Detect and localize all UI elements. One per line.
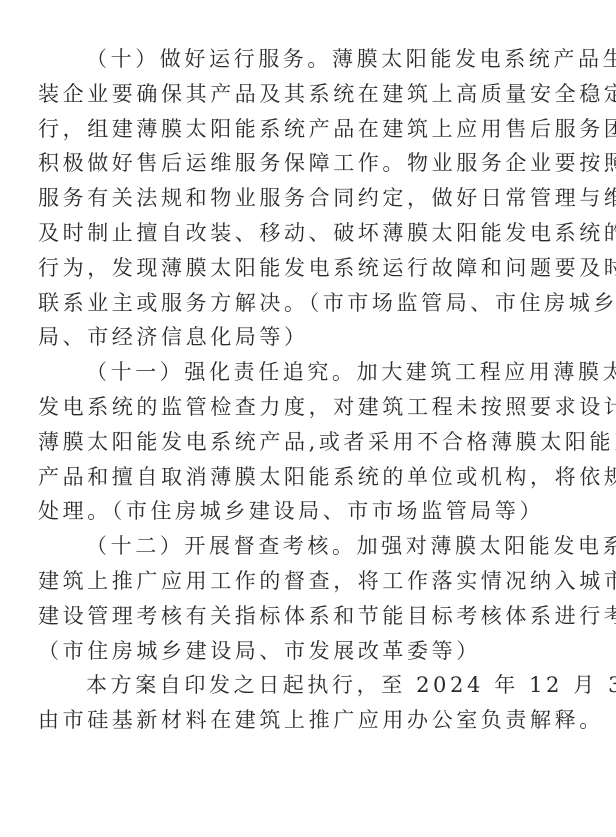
document-page: （十）做好运行服务。薄膜太阳能发电系统产品生产安 装企业要确保其产品及其系统在建… <box>38 42 590 738</box>
text-line: 行，组建薄膜太阳能系统产品在建筑上应用售后服务团队， <box>38 112 590 147</box>
text-line: 积极做好售后运维服务保障工作。物业服务企业要按照物业 <box>38 146 590 181</box>
paragraph-closing: 本方案自印发之日起执行，至 2024 年 12 月 31 日终止， 由市硅基新材… <box>38 668 590 738</box>
text-line: 建设管理考核有关指标体系和节能目标考核体系进行考核。 <box>38 599 590 634</box>
paragraph-section-10: （十）做好运行服务。薄膜太阳能发电系统产品生产安 装企业要确保其产品及其系统在建… <box>38 42 590 355</box>
text-line: （十二）开展督查考核。加强对薄膜太阳能发电系统在 <box>38 529 590 564</box>
text-line: 行为，发现薄膜太阳能发电系统运行故障和问题要及时主动 <box>38 251 590 286</box>
text-line: 处理。（市住房城乡建设局、市市场监管局等） <box>38 494 590 529</box>
text-line: 本方案自印发之日起执行，至 2024 年 12 月 31 日终止， <box>38 668 590 703</box>
paragraph-section-11: （十一）强化责任追究。加大建筑工程应用薄膜太阳能 发电系统的监管检查力度，对建筑… <box>38 355 590 529</box>
text-line: 联系业主或服务方解决。（市市场监管局、市住房城乡建设 <box>38 286 590 321</box>
text-line: 局、市经济信息化局等） <box>38 320 590 355</box>
text-line: （市住房城乡建设局、市发展改革委等） <box>38 634 590 669</box>
text-line: 服务有关法规和物业服务合同约定，做好日常管理与维护， <box>38 181 590 216</box>
text-line: 由市硅基新材料在建筑上推广应用办公室负责解释。 <box>38 703 590 738</box>
text-line: 产品和擅自取消薄膜太阳能系统的单位或机构，将依规依法 <box>38 460 590 495</box>
text-line: 及时制止擅自改装、移动、破坏薄膜太阳能发电系统的违规 <box>38 216 590 251</box>
text-line: 薄膜太阳能发电系统产品,或者采用不合格薄膜太阳能系统 <box>38 425 590 460</box>
text-line: 装企业要确保其产品及其系统在建筑上高质量安全稳定运 <box>38 77 590 112</box>
text-line: 发电系统的监管检查力度，对建筑工程未按照要求设计安装 <box>38 390 590 425</box>
text-line: （十）做好运行服务。薄膜太阳能发电系统产品生产安 <box>38 42 590 77</box>
paragraph-section-12: （十二）开展督查考核。加强对薄膜太阳能发电系统在 建筑上推广应用工作的督查，将工… <box>38 529 590 668</box>
text-line: 建筑上推广应用工作的督查，将工作落实情况纳入城市规划 <box>38 564 590 599</box>
text-line: （十一）强化责任追究。加大建筑工程应用薄膜太阳能 <box>38 355 590 390</box>
